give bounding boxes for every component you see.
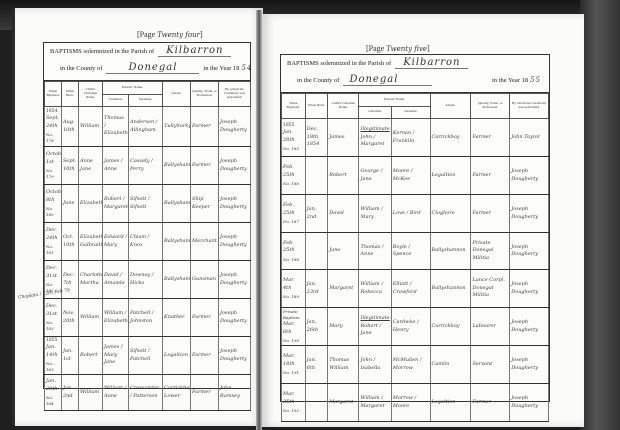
entry-number: No. 185: [283, 146, 304, 152]
table-row: 1854Sept. 24thNo. 178 Aug. 10th William …: [45, 107, 251, 147]
cell-abode: Carrickboy: [430, 308, 471, 346]
table-row: Private BaptismMar. 6thNo. 190 Jan. 26th…: [282, 308, 549, 346]
cell-quality: Ship Keeper: [191, 185, 219, 223]
parent-christian-names: Robert / Jane: [360, 323, 381, 337]
cell-baptised: Mar. 18thNo. 191: [282, 346, 306, 384]
col-childs-name: Child's Christian Name.: [79, 82, 103, 107]
cell-born: Sept. 10th: [62, 147, 79, 185]
entry-number: No. 179: [46, 168, 60, 180]
cell-abode: Ballyshannon: [430, 270, 471, 308]
cell-quality: Farmer: [471, 384, 510, 422]
col-when-baptised: When Baptised.: [45, 82, 62, 107]
page-label-prefix: [Page: [137, 30, 155, 39]
col-christian: Christian.: [359, 106, 391, 119]
title-prefix: BAPTISMS solemnized in the Parish of: [50, 48, 154, 55]
right-page: [Page Twenty five] BAPTISMS solemnized i…: [262, 14, 584, 427]
baptised-date: Mar. 25th: [283, 391, 295, 405]
year-handwritten: 55: [528, 76, 543, 84]
cell-abode: Legaltion: [430, 384, 471, 422]
cell-quality: Farmer: [471, 195, 510, 233]
cell-born: June: [62, 185, 79, 223]
cell-child: Charlotte Martha: [79, 261, 103, 299]
col-when-born: When Born.: [62, 82, 79, 107]
cell-baptised: Feb. 25thNo. 188: [282, 233, 306, 270]
county-prefix: in the County of: [297, 77, 339, 84]
cell-quality: Farmer: [471, 119, 510, 157]
left-county-line: in the County of Donegal in the Year 185…: [50, 62, 244, 79]
table-row: 1855Jan. 14thNo. 183 Jan. 1st Robert Jam…: [45, 337, 251, 375]
table-row: Feb. 25thNo. 186 Robert George / Jane Mo…: [282, 157, 549, 195]
cell-quality: Gunsman: [191, 261, 219, 299]
table-row: Octob. 8thNo. 180 June Elizabeth Robert …: [45, 185, 251, 223]
cell-parent-christian: William / Elizabeth: [103, 299, 129, 337]
page-label-prefix: [Page: [366, 44, 384, 53]
cell-born: Jan. 1st: [62, 337, 79, 375]
cell-baptised: Feb. 25thNo. 186: [282, 157, 306, 195]
cell-baptised: Jan. 28thNo. 184: [45, 375, 62, 411]
cell-child: William: [79, 107, 103, 147]
cell-surname: Morrow / Moore: [391, 384, 430, 422]
cell-child: Robert: [79, 337, 103, 375]
cell-by-whom: Joseph Dougherty: [510, 346, 549, 384]
year-prefix: in the Year 18: [203, 65, 239, 72]
cell-by-whom: John Ramsey: [219, 375, 251, 411]
cell-surname: Love / Bird: [391, 195, 430, 233]
cell-quality: Farmer: [191, 375, 219, 411]
entry-number: No. 183: [46, 361, 60, 373]
cell-surname: Sifsett / Sifsett: [129, 185, 163, 223]
page-number-handwritten: Twenty four: [157, 31, 200, 39]
page-number-handwritten: Twenty five: [386, 45, 427, 53]
cell-child: Jane: [328, 233, 359, 270]
cell-parent-christian: William / Margaret: [359, 384, 391, 422]
cell-parent-christian: George / Jane: [359, 157, 391, 195]
col-childs-name: Child's Christian Name.: [328, 94, 359, 119]
cell-abode: Knather: [163, 299, 191, 337]
cell-abode: Camlin: [430, 346, 471, 384]
col-quality: Quality, Trade, or Profession.: [471, 94, 510, 119]
cell-born: Jan. 6th: [305, 346, 328, 384]
right-parish-line: BAPTISMS solemnized in the Parish of Kil…: [287, 57, 543, 74]
cell-quality: Farmer: [471, 157, 510, 195]
baptised-date: Sept. 24th: [46, 115, 59, 129]
left-register-table: BAPTISMS solemnized in the Parish of Kil…: [43, 42, 251, 389]
cell-born: [305, 157, 328, 195]
entry-number: No. 186: [283, 181, 304, 187]
cell-by-whom: John Taylor: [510, 119, 549, 157]
cell-baptised: Private BaptismMar. 6thNo. 190: [282, 308, 306, 346]
cell-abode: Ballyshannon: [163, 147, 191, 185]
cell-child: Anne Jane: [79, 147, 103, 185]
col-christian: Christian.: [103, 94, 129, 107]
right-register-table: BAPTISMS solemnized in the Parish of Kil…: [280, 54, 550, 402]
cell-parent-christian: William / Anne: [103, 375, 129, 411]
parish-name: Kilbarron: [158, 45, 231, 57]
left-page: [Page Twenty four] BAPTISMS solemnized i…: [12, 8, 263, 426]
cell-quality: Private Donegal Militia: [471, 233, 510, 270]
right-entries-table: When Baptised. When Born. Child's Christ…: [281, 93, 549, 422]
entry-number: No. 188: [283, 257, 304, 263]
cell-quality: Farmer: [191, 107, 219, 147]
cell-baptised: Octob. 8thNo. 180: [45, 185, 62, 223]
col-abode: Abode.: [430, 94, 471, 119]
col-when-born: When Born.: [305, 94, 328, 119]
cell-surname: Anderson / Allingham: [129, 107, 163, 147]
entry-number: No. 191: [283, 370, 304, 376]
cell-child: Thomas William: [328, 346, 359, 384]
cell-quality: Farmer: [191, 147, 219, 185]
baptised-date: Jan. 28th: [283, 129, 295, 143]
table-row: Jan. 28thNo. 184 Jan. 2nd William Willia…: [45, 375, 251, 411]
cell-by-whom: Joseph Dougherty: [219, 185, 251, 223]
cell-born: Nov. 20th: [62, 299, 79, 337]
cell-by-whom: Joseph Dougherty: [510, 308, 549, 346]
table-row: Dec. 31stNo. 183 Nov. 20th William Willi…: [45, 299, 251, 337]
cell-baptised: Dec. 31stNo. 183: [45, 299, 62, 337]
baptised-date: Mar. 4th: [283, 277, 295, 291]
cell-abode: Tullyhorky: [163, 107, 191, 147]
cell-parent-christian: IllegitimateRobert / Jane: [359, 308, 391, 346]
entry-number: No. 180: [46, 206, 60, 218]
col-quality: Quality, Trade, or Profession.: [191, 82, 219, 107]
cell-child: Margaret: [328, 384, 359, 422]
baptised-date: Feb. 25th: [283, 164, 295, 178]
entry-number: No. 184: [46, 395, 60, 407]
right-page-number: [Page Twenty five]: [366, 44, 430, 53]
cell-child: Elizabeth: [79, 185, 103, 223]
left-title-block: BAPTISMS solemnized in the Parish of Kil…: [44, 43, 250, 81]
year-marker: 1855: [283, 123, 304, 130]
table-row: Mar. 4thNo. 189 Jan. 23rd Margaret Willi…: [282, 270, 549, 308]
cell-surname: Chism / Knox: [129, 223, 163, 261]
cell-child: Mary: [328, 308, 359, 346]
left-parish-line: BAPTISMS solemnized in the Parish of Kil…: [50, 45, 244, 62]
baptised-date: Feb. 25th: [283, 240, 295, 254]
baptised-date: Jan. 28th: [46, 378, 58, 392]
cell-child: Robert: [328, 157, 359, 195]
cell-surname: Patchell / Johnston: [129, 299, 163, 337]
county-name: Donegal: [343, 74, 432, 86]
title-prefix: BAPTISMS solemnized in the Parish of: [287, 60, 391, 67]
cell-abode: Ballyshannon: [163, 261, 191, 299]
cell-surname: Crossander / Patterson: [129, 375, 163, 411]
cell-parent-christian: James / Anne: [103, 147, 129, 185]
illegitimate-note: Illegitimate: [360, 126, 389, 134]
parent-christian-names: John / Margaret: [360, 134, 384, 148]
cell-by-whom: Joseph Dougherty: [219, 147, 251, 185]
page-label-suffix: ]: [200, 30, 203, 39]
cell-abode: Legaltion: [163, 337, 191, 375]
cell-baptised: 1855Jan. 28thNo. 185: [282, 119, 306, 157]
cell-born: Oct. 10th: [62, 223, 79, 261]
cell-child: William: [79, 375, 103, 411]
cell-by-whom: Joseph Dougherty: [219, 107, 251, 147]
cell-parent-christian: Thomas / Anne: [359, 233, 391, 270]
baptised-date: Octob. 1st: [46, 151, 62, 165]
left-page-number: [Page Twenty four]: [137, 30, 203, 39]
baptised-date: Dec. 31st: [46, 303, 57, 317]
col-parents-name: Parents' Name.: [103, 82, 163, 95]
right-county-line: in the County of Donegal in the Year 185…: [287, 74, 543, 91]
cell-parent-christian: IllegitimateJohn / Margaret: [359, 119, 391, 157]
cell-by-whom: Joseph Dougherty: [510, 233, 549, 270]
table-row: Feb. 25thNo. 187 Jan. 2nd David William …: [282, 195, 549, 233]
cell-by-whom: Joseph Dougherty: [510, 384, 549, 422]
table-row: Dec. 24thNo. 181 Oct. 10th Elizabeth Gal…: [45, 223, 251, 261]
scan-background-right: [580, 0, 620, 430]
entry-number: No. 187: [283, 219, 304, 225]
cell-surname: Sifsett / Patchell: [129, 337, 163, 375]
private-baptism-note: Private Baptism: [283, 309, 304, 321]
table-row: 1855Jan. 28thNo. 185 Dec. 18th 1854 Jame…: [282, 119, 549, 157]
cell-parent-christian: Thomas / Elizabeth: [103, 107, 129, 147]
cell-baptised: Dec. 24thNo. 181: [45, 223, 62, 261]
baptised-date: Dec. 31st: [46, 265, 57, 279]
table-row: Mar. 18thNo. 191 Jan. 6th Thomas William…: [282, 346, 549, 384]
cell-born: Jan. 26th: [305, 308, 328, 346]
col-by-whom: By whom the Ceremony was performed.: [510, 94, 549, 119]
cell-quality: Lance Corpl. Donegal Militia: [471, 270, 510, 308]
cell-surname: Moore / McKee: [391, 157, 430, 195]
cell-abode: Ballyshannon: [163, 185, 191, 223]
left-entries-table: When Baptised. When Born. Child's Christ…: [44, 81, 251, 411]
cell-born: Jan. 2nd: [305, 195, 328, 233]
cell-baptised: 1854Sept. 24thNo. 178: [45, 107, 62, 147]
cell-born: [305, 233, 328, 270]
right-title-block: BAPTISMS solemnized in the Parish of Kil…: [281, 55, 549, 93]
cell-quality: Farmer: [191, 299, 219, 337]
cell-surname: McMullen / Morrow: [391, 346, 430, 384]
cell-child: William: [79, 299, 103, 337]
cell-quality: Labourer: [471, 308, 510, 346]
baptised-date: Feb. 25th: [283, 202, 295, 216]
table-row: Feb. 25thNo. 188 Jane Thomas / Anne Boyl…: [282, 233, 549, 270]
cell-abode: Ballyshannon: [163, 223, 191, 261]
cell-abode: Cloghore: [430, 195, 471, 233]
entry-number: No. 189: [283, 294, 304, 300]
cell-baptised: Feb. 25thNo. 187: [282, 195, 306, 233]
table-row: Dec. 31stNo. 182 Dec. 7th Charlotte Mart…: [45, 261, 251, 299]
cell-parent-christian: John / Isabella: [359, 346, 391, 384]
cell-parent-christian: William / Mary: [359, 195, 391, 233]
cell-born: Jan. 23rd: [305, 270, 328, 308]
cell-parent-christian: David / Amanda: [103, 261, 129, 299]
table-row: Mar. 25thNo. 192 Margaret William / Marg…: [282, 384, 549, 422]
cell-by-whom: Joseph Dougherty: [219, 261, 251, 299]
cell-child: Margaret: [328, 270, 359, 308]
parish-name: Kilbarron: [395, 57, 468, 69]
entry-number: No. 181: [46, 244, 60, 256]
cell-baptised: Mar. 25thNo. 192: [282, 384, 306, 422]
baptised-date: Mar. 18th: [283, 353, 295, 367]
col-parents-name: Parents' Name.: [359, 94, 430, 107]
cell-surname: Downey / Hicks: [129, 261, 163, 299]
cell-parent-christian: Edward / Mary: [103, 223, 129, 261]
cell-baptised: 1855Jan. 14thNo. 183: [45, 337, 62, 375]
cell-abode: Carrickboy Lower: [163, 375, 191, 411]
col-abode: Abode.: [163, 82, 191, 107]
cell-child: Elizabeth Galbraith: [79, 223, 103, 261]
cell-parent-christian: Robert / Margaret: [103, 185, 129, 223]
cell-born: Dec. 18th 1854: [305, 119, 328, 157]
entry-number: No. 192: [283, 408, 304, 414]
cell-by-whom: Joseph Dougherty: [510, 195, 549, 233]
cell-child: David: [328, 195, 359, 233]
cell-born: Jan. 2nd: [62, 375, 79, 411]
county-prefix: in the County of: [60, 65, 102, 72]
cell-surname: Kernan / Franklin: [391, 119, 430, 157]
cell-baptised: Mar. 4thNo. 189: [282, 270, 306, 308]
cell-by-whom: Joseph Dougherty: [219, 337, 251, 375]
cell-baptised: Octob. 1stNo. 179: [45, 147, 62, 185]
cell-by-whom: Joseph Dougherty: [510, 157, 549, 195]
col-by-whom: By whom the Ceremony was performed.: [219, 82, 251, 107]
cell-quality: Merchant: [191, 223, 219, 261]
table-row: Octob. 1stNo. 179 Sept. 10th Anne Jane J…: [45, 147, 251, 185]
cell-quality: Farmer: [191, 337, 219, 375]
cell-abode: Carrickboy: [430, 119, 471, 157]
cell-by-whom: Joseph Dougherty: [510, 270, 549, 308]
cell-by-whom: Joseph Dougherty: [219, 299, 251, 337]
baptised-date: Mar. 6th: [283, 321, 295, 335]
illegitimate-note: Illegitimate: [360, 315, 389, 323]
county-name: Donegal: [106, 62, 199, 74]
col-surname: Surname.: [391, 106, 430, 119]
cell-child: James: [328, 119, 359, 157]
cell-surname: Cardwke / Henry: [391, 308, 430, 346]
cell-surname: Cassidy / Perry: [129, 147, 163, 185]
year-marker: 1854: [46, 109, 60, 116]
cell-parent-christian: William / Rebecca: [359, 270, 391, 308]
entry-number: No. 178: [46, 132, 60, 144]
baptised-date: Dec. 24th: [46, 227, 58, 241]
year-marker: 1855: [46, 338, 60, 345]
year-prefix: in the Year 18: [492, 77, 528, 84]
cell-abode: Legaltion: [430, 157, 471, 195]
col-when-baptised: When Baptised.: [282, 94, 306, 119]
cell-born: Aug. 10th: [62, 107, 79, 147]
cell-surname: Elliott / Crawford: [391, 270, 430, 308]
baptised-date: Octob. 8th: [46, 189, 62, 203]
page-label-suffix: ]: [427, 44, 430, 53]
cell-abode: Ballyshannon: [430, 233, 471, 270]
baptised-date: Jan. 14th: [46, 344, 58, 358]
cell-quality: Servant: [471, 346, 510, 384]
cell-by-whom: Joseph Dougherty: [219, 223, 251, 261]
entry-number: No. 183: [46, 320, 60, 332]
col-surname: Surname.: [129, 94, 163, 107]
cell-surname: Boyle / Spence: [391, 233, 430, 270]
entry-number: No. 190: [283, 338, 304, 344]
cell-born: [305, 384, 328, 422]
cell-parent-christian: James / Mary Jane: [103, 337, 129, 375]
